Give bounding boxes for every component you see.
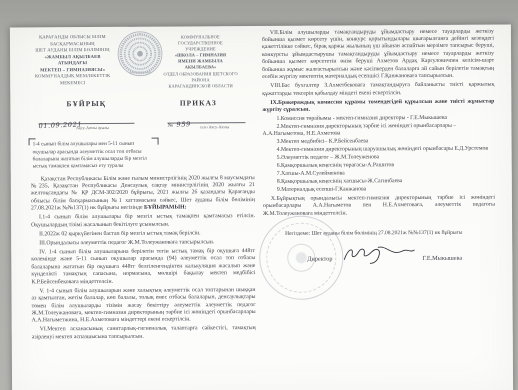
letterhead-line: ШЕТ АУДАНЫ БІЛІМ БӨЛІМІНІҢ (30, 47, 115, 54)
commission-list: 1.Комиссия төрайымы - мектеп-гимназия ди… (262, 114, 494, 194)
order-heading-row: БҰЙРЫҚ ПРИКАЗ (30, 98, 254, 108)
order-subject: 1-4 сынып білім алушылары мен 5-11 сынып… (31, 138, 157, 173)
letterhead-line: «ЖАМБЫЛ АҚЫЛБАЕВ АТЫНДАҒЫ (30, 53, 115, 67)
right-column: VII.Білім алушыларды тамақтандыруды ұйым… (262, 27, 495, 268)
letterhead-line: ҚАРАҒАНДЫ ОБЛЫСЫ БІЛІМ (30, 34, 115, 41)
commission-member-4: 4.Мектеп-гимназия директорының шаруашылы… (263, 146, 495, 155)
order-resolution-word: БҰЙЫРАМЫН: (144, 205, 187, 211)
director-name: Г.Е.Мыкышева (422, 255, 462, 262)
order-item-1: I.1-4 сынып білім алушылары бір мезгіл ы… (31, 213, 255, 229)
order-number-line: № 959 (167, 113, 245, 123)
date-number-row: 01.09.2021 № 959 (30, 113, 254, 124)
order-item-2: II.2022ж 02 қыркүйегінен бастап бір мезг… (31, 230, 255, 239)
letterhead-kazakh: ҚАРАҒАНДЫ ОБЛЫСЫ БІЛІМ БАСҚАРМАСЫНЫҢ ШЕТ… (30, 34, 115, 87)
letterhead-line: КАРАГАНДИНСКОЙ ОБЛАСТИ (163, 83, 238, 90)
left-column: ҚАРАҒАНДЫ ОБЛЫСЫ БІЛІМ БАСҚАРМАСЫНЫҢ ШЕТ… (30, 30, 256, 342)
commission-member-9: 9.Материалдық есепші-Г.Канжанова (263, 185, 495, 194)
letterhead: ҚАРАҒАНДЫ ОБЛЫСЫ БІЛІМ БАСҚАРМАСЫНЫҢ ШЕТ… (30, 30, 238, 90)
handwritten-date: 01.09.2021 (38, 120, 82, 130)
order-title-russian: ПРИКАЗ (142, 98, 254, 108)
number-sign: № (167, 122, 172, 128)
letterhead-line: КОММУНАЛДЫҚ МЕМЛЕКЕТТІК МЕКЕМЕСІ (30, 73, 115, 87)
intro-text: Қазақстан Республикасы Білім және ғылым … (31, 175, 255, 212)
order-item-9: IX.Бракераждық комиссия құрамы төмендегі… (262, 98, 494, 114)
commission-member-2: 2.Мектеп-гимназия директорының тәрбие іс… (262, 122, 494, 138)
order-item-6: VI.Мектеп асханасының санитарлық-гигиена… (32, 325, 256, 341)
order-item-3: III.Орындалысы әлеуметтік педагог Ж.М.То… (31, 239, 255, 248)
order-date-line: 01.09.2021 (38, 114, 134, 125)
scanned-document: { "colors": {"ink": "#43434c", "paper": … (0, 0, 518, 390)
document-page: ҚАРАҒАНДЫ ОБЛЫСЫ БІЛІМ БАСҚАРМАСЫНЫҢ ШЕТ… (10, 24, 513, 390)
order-item-5: V. 1-4 сынып білім алушыларын және халық… (31, 287, 255, 326)
order-item-10: X.Бұйрықтың орындалысы мектеп-гимназия д… (263, 194, 495, 218)
basis-line: Негіздеме: Шет ауданы білім бөлімінің 27… (285, 230, 495, 237)
handwritten-signature-icon (340, 244, 418, 266)
order-item-8: VIII.Бас бухгалтер З.Ахметбековаға тамақ… (262, 82, 494, 98)
letterhead-line: ОТДЕЛ ОБРАЗОВАНИЯ ШЕТСКОГО РАЙОНА (163, 71, 238, 84)
letterhead-line: КОММУНАЛЬНОЕ ГОСУДАРСТВЕННОЕ (163, 34, 238, 47)
handwritten-number: 959 (177, 120, 192, 129)
intro-paragraph: Қазақстан Республикасы Білім және ғылым … (31, 175, 255, 214)
letterhead-russian: КОММУНАЛЬНОЕ ГОСУДАРСТВЕННОЕ УЧРЕЖДЕНИЕ … (163, 34, 238, 89)
signature-row: Директор Г.Е.Мыкышева (307, 250, 495, 267)
letterhead-line: ИМЕНИ ЖАМБЫЛА АКЫЛБАЕВА» (163, 59, 238, 72)
order-item-4: IV. 1-4 сынып білім алушыларына берілеті… (31, 248, 255, 287)
director-label: Директор (307, 255, 332, 262)
order-title-kazakh: БҰЙРЫҚ (30, 99, 142, 109)
coat-of-arms-icon (117, 31, 163, 77)
order-item-7: VII.Білім алушыларды тамақтандыруды ұйым… (262, 28, 494, 82)
